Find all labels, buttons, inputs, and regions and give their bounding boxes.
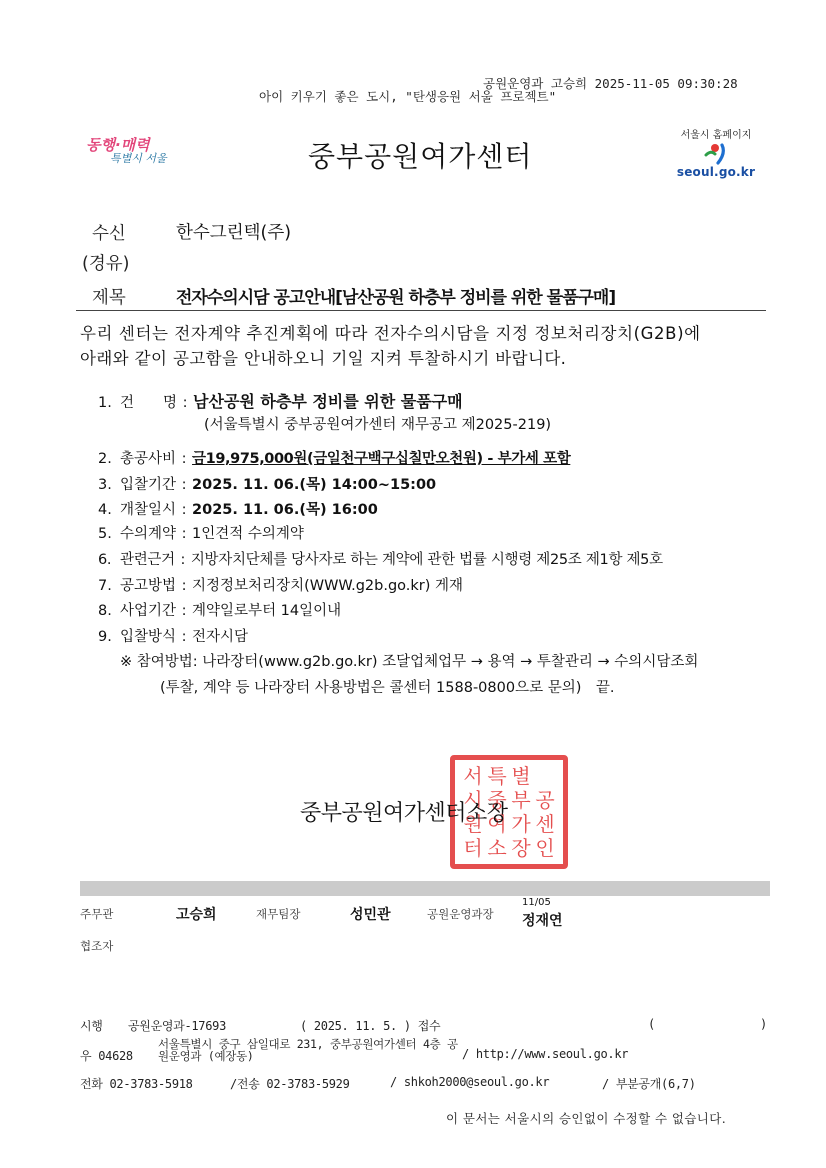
item-value: 계약일로부터 14일이내 [192,603,341,619]
enforce-number: 공원운영과-17693 [128,1017,226,1034]
item-value: 1인견적 수의계약 [192,526,304,542]
approver-role: 재무팀장 [256,906,300,922]
intro-line-2: 아래와 같이 공고함을 안내하오니 기일 지켜 투찰하시기 바랍니다. [80,345,566,369]
seal-char: 장 [509,836,533,860]
item-title-sub: (서울특별시 중부공원여가센터 재무공고 제2025-219) [204,413,551,434]
item-colon: : [176,451,192,467]
item-colon: : [176,603,192,619]
disclosure: / 부분공개(6,7) [602,1075,696,1092]
item-colon: : [176,578,192,594]
item-key: 입찰기간 [120,473,176,494]
approver-name: 고승희 [176,904,217,924]
address: 서울특별시 중구 삼일대로 231, 중부공원여가센터 4층 공원운영과 (예장… [158,1038,468,1062]
item-value: 2025. 11. 06.(목) 16:00 [192,502,378,518]
seal-char: 부 [509,788,533,812]
item-value: 지정정보처리장치(WWW.g2b.go.kr) 게재 [192,578,463,594]
issuer-signature: 중부공원여가센터소장 [300,796,508,827]
item-num: 2. [98,451,120,467]
approver-role: 공원운영과장 [427,906,494,922]
item-num: 1. [98,395,120,411]
seoul-homepage-logo[interactable]: 서울시 홈페이지 seoul.go.kr [676,126,756,178]
logo-line-2: 특별시 서울 [110,150,167,166]
item-key: 개찰일시 [120,498,176,519]
approval-bar [80,881,770,896]
approval-date: 11/05 [522,897,551,908]
item-colon: : [176,502,192,518]
item-colon: : [176,629,192,645]
seal-char: 가 [509,812,533,836]
item-num: 4. [98,502,120,518]
item-colon: : [175,552,191,568]
item-colon: : [176,526,192,542]
item-colon: : [177,395,193,411]
item-bid-method: 9.입찰방식:전자시담 [98,625,248,646]
slogan: 아이 키우기 좋은 도시, "탄생응원 서울 프로젝트" [259,87,556,105]
item-opening: 4.개찰일시:2025. 11. 06.(목) 16:00 [98,498,378,519]
disclaimer: 이 문서는 서울시의 승인없이 수정할 수 없습니다. [446,1109,726,1127]
item-key: 건 명 [120,391,177,412]
item-key: 관련근거 [120,548,175,569]
item-title: 1.건 명:남산공원 하층부 정비를 위한 물품구매 [98,389,463,412]
postal-code: 우 04628 [80,1047,133,1064]
item-cost: 2.총공사비:금19,975,000원(금일천구백구십칠만오천원) - 부가세 … [98,447,570,468]
subject-label: 제목 [92,284,126,309]
recipient: 한수그린텍(주) [176,219,291,244]
seal-char: 인 [533,836,557,860]
callcenter-note: (투찰, 계약 등 나라장터 사용방법은 콜센터 1588-0800으로 문의)… [160,676,614,697]
item-value: 금19,975,000원(금일천구백구십칠만오천원) - 부가세 포함 [192,451,570,467]
receipt-open: ( [648,1017,655,1031]
item-notice-method: 7.공고방법:지정정보처리장치(WWW.g2b.go.kr) 게재 [98,574,463,595]
seal-char: 공 [533,788,557,812]
fax: /전송 02-3783-5929 [230,1075,350,1092]
item-key: 총공사비 [120,447,176,468]
approver-name: 성민관 [350,904,391,924]
homepage-caption: 서울시 홈페이지 [676,126,756,141]
seoul-symbol-icon [703,143,729,165]
item-num: 8. [98,603,120,619]
item-value: 남산공원 하층부 정비를 위한 물품구매 [193,392,463,411]
item-colon: : [176,477,192,493]
item-key: 사업기간 [120,599,176,620]
item-num: 5. [98,526,120,542]
item-contract-type: 5.수의계약:1인견적 수의계약 [98,522,304,543]
item-num: 3. [98,477,120,493]
item-key: 수의계약 [120,522,176,543]
intro-line-1: 우리 센터는 전자계약 추진계획에 따라 전자수의시담을 지정 정보처리장치(G… [80,320,701,344]
item-value: 2025. 11. 06.(목) 14:00~15:00 [192,477,436,493]
item-num: 6. [98,552,120,568]
via-label: (경유) [82,250,129,275]
item-value: 전자시담 [192,629,248,645]
cooperator-label: 협조자 [80,938,113,954]
seal-char: 센 [533,812,557,836]
recipient-label: 수신 [92,220,126,245]
item-num: 9. [98,629,120,645]
phone: 전화 02-3783-5918 [80,1075,193,1092]
item-value: 지방자치단체를 당사자로 하는 계약에 관한 법률 시행령 제25조 제1항 제… [191,552,663,568]
seal-char: 터 [461,836,485,860]
subject: 전자수의시담 공고안내[남산공원 하층부 정비를 위한 물품구매] [176,283,615,308]
item-bid-period: 3.입찰기간:2025. 11. 06.(목) 14:00~15:00 [98,473,436,494]
enforce-date: ( 2025. 11. 5. ) 접수 [300,1017,440,1034]
enforce-label: 시행 [80,1017,103,1034]
email-link[interactable]: / shkoh2000@seoul.go.kr [390,1075,549,1089]
seal-char: 서 [461,764,485,788]
homepage-url: seoul.go.kr [676,165,756,179]
divider [76,310,766,311]
seal-char: 특 [485,764,509,788]
approver-name: 정재연 [522,910,563,930]
item-key: 입찰방식 [120,625,176,646]
item-num: 7. [98,578,120,594]
seal-char: 별 [509,764,533,788]
receipt-close: ) [760,1017,767,1031]
seal-char: 소 [485,836,509,860]
item-project-period: 8.사업기간:계약일로부터 14일이내 [98,599,341,620]
approver-role: 주무관 [80,906,113,922]
homepage-link[interactable]: / http://www.seoul.go.kr [462,1047,628,1061]
participation-note: ※ 참여방법: 나라장터(www.g2b.go.kr) 조달업체업무 → 용역 … [120,650,698,671]
org-title: 중부공원여가센터 [308,135,532,175]
seoul-slogan-logo: 동행·매력 특별시 서울 [86,134,176,168]
item-key: 공고방법 [120,574,176,595]
item-legal-basis: 6.관련근거:지방자치단체를 당사자로 하는 계약에 관한 법률 시행령 제25… [98,548,663,569]
